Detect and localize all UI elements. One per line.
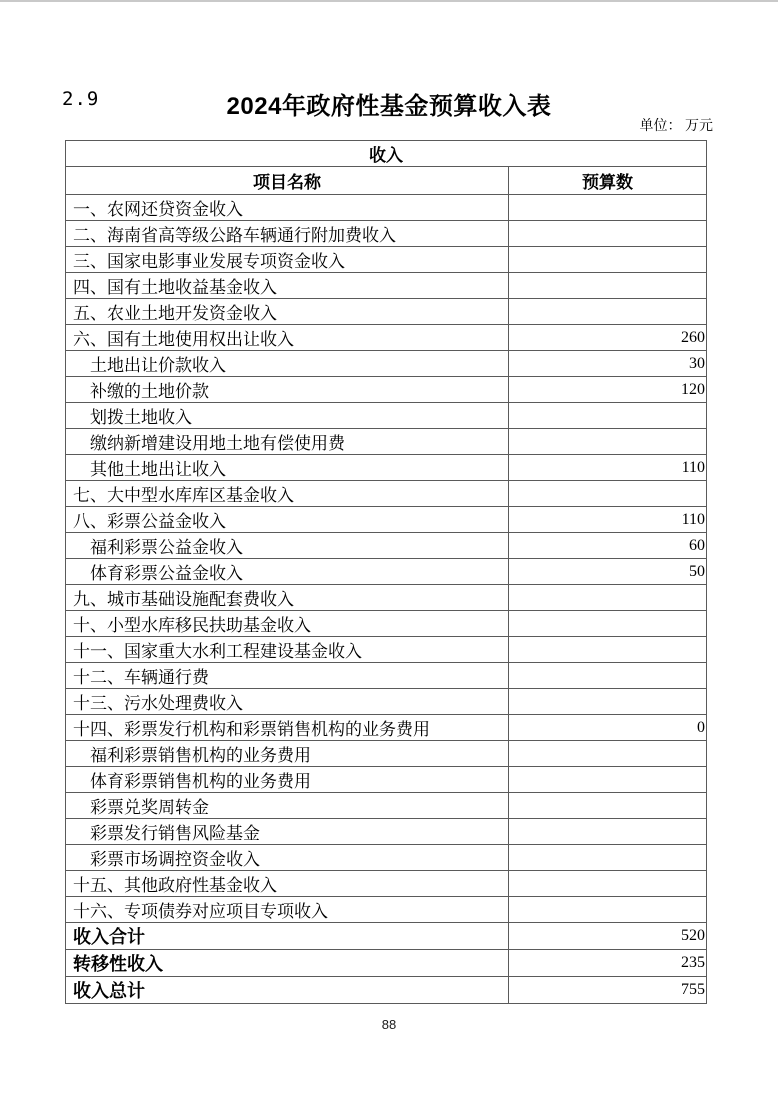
table-row: 十一、国家重大水利工程建设基金收入 xyxy=(66,637,707,663)
table-row: 土地出让价款收入 30 xyxy=(66,351,707,377)
table-row: 福利彩票公益金收入 60 xyxy=(66,533,707,559)
budget-value-cell xyxy=(509,429,707,455)
budget-value-cell: 235 xyxy=(509,950,707,977)
item-name-cell: 收入总计 xyxy=(66,977,509,1004)
budget-value-cell xyxy=(509,299,707,325)
table-row: 四、国有土地收益基金收入 xyxy=(66,273,707,299)
item-name-cell: 划拨土地收入 xyxy=(66,403,509,429)
budget-value-cell xyxy=(509,871,707,897)
table-row: 十三、污水处理费收入 xyxy=(66,689,707,715)
item-name-cell: 九、城市基础设施配套费收入 xyxy=(66,585,509,611)
item-name-cell: 十、小型水库移民扶助基金收入 xyxy=(66,611,509,637)
table-row: 十、小型水库移民扶助基金收入 xyxy=(66,611,707,637)
item-name-cell: 土地出让价款收入 xyxy=(66,351,509,377)
budget-value-cell xyxy=(509,273,707,299)
item-name-cell: 十四、彩票发行机构和彩票销售机构的业务费用 xyxy=(66,715,509,741)
item-name-cell: 收入合计 xyxy=(66,923,509,950)
budget-value-cell xyxy=(509,195,707,221)
table-row: 二、海南省高等级公路车辆通行附加费收入 xyxy=(66,221,707,247)
table-section-header-row: 收入 xyxy=(66,141,707,167)
budget-value-cell xyxy=(509,819,707,845)
table-row: 彩票发行销售风险基金 xyxy=(66,819,707,845)
budget-value-cell: 260 xyxy=(509,325,707,351)
item-name-cell: 三、国家电影事业发展专项资金收入 xyxy=(66,247,509,273)
table-row: 缴纳新增建设用地土地有偿使用费 xyxy=(66,429,707,455)
item-name-cell: 福利彩票销售机构的业务费用 xyxy=(66,741,509,767)
budget-value-cell xyxy=(509,897,707,923)
item-name-cell: 一、农网还贷资金收入 xyxy=(66,195,509,221)
page-title: 2024年政府性基金预算收入表 xyxy=(0,86,778,121)
table-row: 彩票市场调控资金收入 xyxy=(66,845,707,871)
budget-value-cell xyxy=(509,845,707,871)
table-row: 福利彩票销售机构的业务费用 xyxy=(66,741,707,767)
table-row: 六、国有土地使用权出让收入 260 xyxy=(66,325,707,351)
budget-value-cell: 0 xyxy=(509,715,707,741)
table-row: 收入合计 520 xyxy=(66,923,707,950)
table-row: 九、城市基础设施配套费收入 xyxy=(66,585,707,611)
budget-value-cell xyxy=(509,689,707,715)
budget-value-cell xyxy=(509,403,707,429)
budget-value-cell: 30 xyxy=(509,351,707,377)
budget-value-cell: 110 xyxy=(509,455,707,481)
budget-value-cell xyxy=(509,793,707,819)
budget-value-cell xyxy=(509,585,707,611)
budget-value-cell: 520 xyxy=(509,923,707,950)
item-name-cell: 二、海南省高等级公路车辆通行附加费收入 xyxy=(66,221,509,247)
budget-value-cell xyxy=(509,481,707,507)
table-row: 一、农网还贷资金收入 xyxy=(66,195,707,221)
table-row: 划拨土地收入 xyxy=(66,403,707,429)
table-row: 转移性收入 235 xyxy=(66,950,707,977)
table-row: 十五、其他政府性基金收入 xyxy=(66,871,707,897)
document-header: 2.9 2024年政府性基金预算收入表 xyxy=(0,2,778,118)
item-name-cell: 福利彩票公益金收入 xyxy=(66,533,509,559)
column-header-budget: 预算数 xyxy=(509,167,707,195)
budget-value-cell xyxy=(509,221,707,247)
table-row: 三、国家电影事业发展专项资金收入 xyxy=(66,247,707,273)
budget-revenue-table: 收入 项目名称 预算数 一、农网还贷资金收入 二、海南省高等级公路车辆通行附加费… xyxy=(65,140,707,1004)
budget-value-cell xyxy=(509,767,707,793)
budget-value-cell xyxy=(509,247,707,273)
table-row: 十六、专项债券对应项目专项收入 xyxy=(66,897,707,923)
budget-value-cell: 50 xyxy=(509,559,707,585)
item-name-cell: 彩票市场调控资金收入 xyxy=(66,845,509,871)
item-name-cell: 十二、车辆通行费 xyxy=(66,663,509,689)
table-row: 补缴的土地价款 120 xyxy=(66,377,707,403)
item-name-cell: 八、彩票公益金收入 xyxy=(66,507,509,533)
budget-value-cell: 60 xyxy=(509,533,707,559)
item-name-cell: 七、大中型水库库区基金收入 xyxy=(66,481,509,507)
item-name-cell: 十五、其他政府性基金收入 xyxy=(66,871,509,897)
budget-value-cell: 755 xyxy=(509,977,707,1004)
table-row: 体育彩票销售机构的业务费用 xyxy=(66,767,707,793)
table-row: 体育彩票公益金收入 50 xyxy=(66,559,707,585)
budget-value-cell xyxy=(509,741,707,767)
item-name-cell: 十一、国家重大水利工程建设基金收入 xyxy=(66,637,509,663)
section-number: 2.9 xyxy=(62,88,99,110)
item-name-cell: 彩票发行销售风险基金 xyxy=(66,819,509,845)
table-row: 七、大中型水库库区基金收入 xyxy=(66,481,707,507)
table-row: 彩票兑奖周转金 xyxy=(66,793,707,819)
item-name-cell: 彩票兑奖周转金 xyxy=(66,793,509,819)
budget-value-cell xyxy=(509,663,707,689)
item-name-cell: 体育彩票公益金收入 xyxy=(66,559,509,585)
item-name-cell: 补缴的土地价款 xyxy=(66,377,509,403)
item-name-cell: 四、国有土地收益基金收入 xyxy=(66,273,509,299)
revenue-table-body: 一、农网还贷资金收入 二、海南省高等级公路车辆通行附加费收入 三、国家电影事业发… xyxy=(66,195,707,1004)
table-row: 八、彩票公益金收入 110 xyxy=(66,507,707,533)
table-row: 十二、车辆通行费 xyxy=(66,663,707,689)
item-name-cell: 缴纳新增建设用地土地有偿使用费 xyxy=(66,429,509,455)
table-row: 其他土地出让收入 110 xyxy=(66,455,707,481)
budget-value-cell: 120 xyxy=(509,377,707,403)
budget-value-cell: 110 xyxy=(509,507,707,533)
item-name-cell: 转移性收入 xyxy=(66,950,509,977)
budget-value-cell xyxy=(509,637,707,663)
column-header-row: 项目名称 预算数 xyxy=(66,167,707,195)
item-name-cell: 十三、污水处理费收入 xyxy=(66,689,509,715)
page-number: 88 xyxy=(0,1017,778,1032)
table-row: 收入总计 755 xyxy=(66,977,707,1004)
table-row: 五、农业土地开发资金收入 xyxy=(66,299,707,325)
budget-value-cell xyxy=(509,611,707,637)
item-name-cell: 体育彩票销售机构的业务费用 xyxy=(66,767,509,793)
item-name-cell: 五、农业土地开发资金收入 xyxy=(66,299,509,325)
document-page: 2.9 2024年政府性基金预算收入表 单位： 万元 收入 项目名称 预算数 一… xyxy=(0,2,778,1112)
table-section-header: 收入 xyxy=(66,141,707,167)
item-name-cell: 六、国有土地使用权出让收入 xyxy=(66,325,509,351)
item-name-cell: 其他土地出让收入 xyxy=(66,455,509,481)
table-row: 十四、彩票发行机构和彩票销售机构的业务费用 0 xyxy=(66,715,707,741)
item-name-cell: 十六、专项债券对应项目专项收入 xyxy=(66,897,509,923)
column-header-item-name: 项目名称 xyxy=(66,167,509,195)
